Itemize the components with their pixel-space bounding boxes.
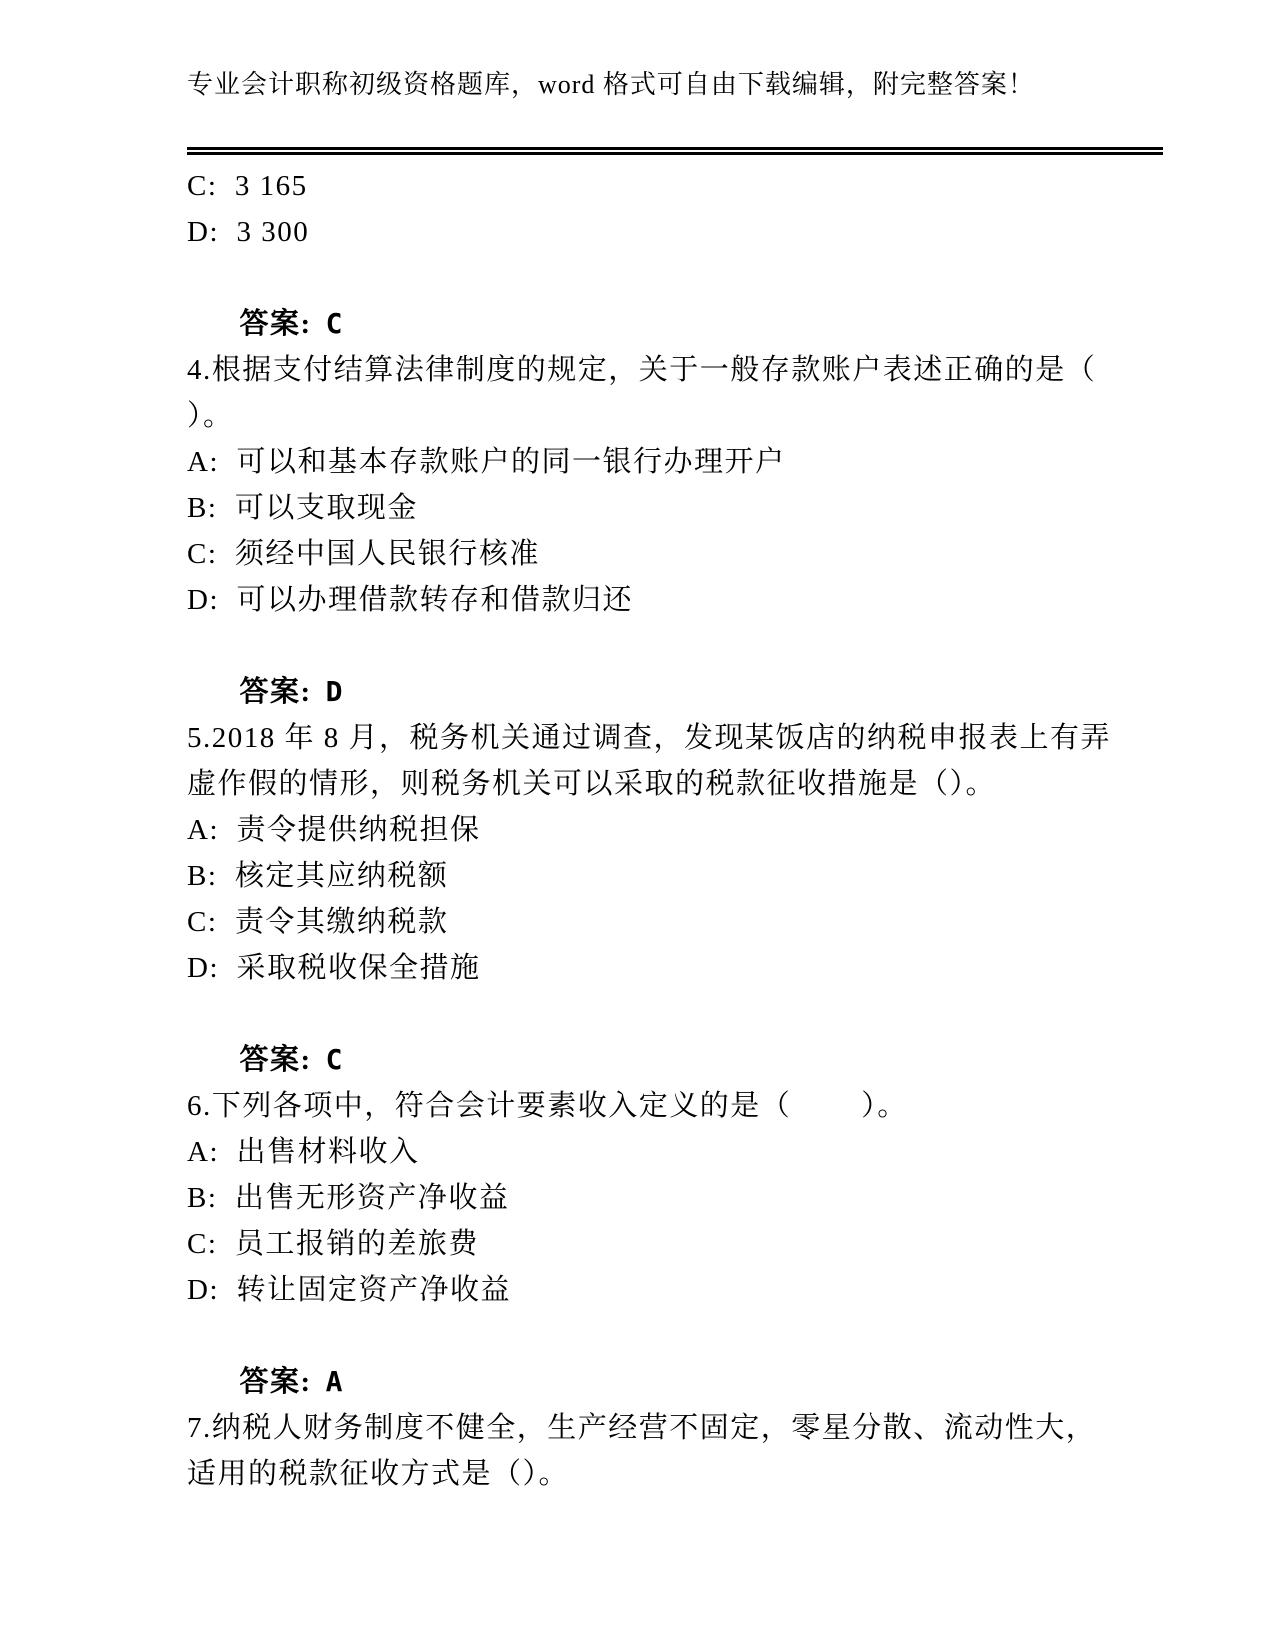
option-line: B: 可以支取现金 [187, 485, 1187, 531]
answer-value: D [326, 675, 344, 708]
answer-line: 答案:C [187, 991, 1187, 1037]
option-line: D: 3 300 [187, 209, 1187, 255]
answer-line: 答案:C [187, 255, 1187, 301]
page-header-title: 专业会计职称初级资格题库，word 格式可自由下载编辑，附完整答案！ [187, 66, 1177, 104]
option-line: C: 责令其缴纳税款 [187, 899, 1187, 945]
option-line: B: 出售无形资产净收益 [187, 1175, 1187, 1221]
question-lines: 5.2018 年 8 月，税务机关通过调查，发现某饭店的纳税申报表上有弄虚作假的… [187, 715, 1187, 991]
option-line: C: 须经中国人民银行核准 [187, 531, 1187, 577]
question-text-line: 虚作假的情形，则税务机关可以采取的税款征收措施是（）。 [187, 761, 1187, 807]
question-text-line: 5.2018 年 8 月，税务机关通过调查，发现某饭店的纳税申报表上有弄 [187, 715, 1187, 761]
question-6: 6.下列各项中，符合会计要素收入定义的是（ ）。A: 出售材料收入B: 出售无形… [187, 1083, 1187, 1359]
option-line: C: 3 165 [187, 163, 1187, 209]
question-lines: 4.根据支付结算法律制度的规定，关于一般存款账户表述正确的是（）。A: 可以和基… [187, 347, 1187, 623]
question-text-line: 4.根据支付结算法律制度的规定，关于一般存款账户表述正确的是（ [187, 347, 1187, 393]
option-line: D: 可以办理借款转存和借款归还 [187, 577, 1187, 623]
question-4: 4.根据支付结算法律制度的规定，关于一般存款账户表述正确的是（）。A: 可以和基… [187, 347, 1187, 669]
option-line: D: 转让固定资产净收益 [187, 1267, 1187, 1313]
question-lines: C: 3 165D: 3 300 [187, 163, 1187, 255]
option-line: A: 可以和基本存款账户的同一银行办理开户 [187, 439, 1187, 485]
option-line: B: 核定其应纳税额 [187, 853, 1187, 899]
question-text-line: ）。 [187, 393, 1187, 439]
answer-line: 答案:A [187, 1313, 1187, 1359]
option-line: C: 员工报销的差旅费 [187, 1221, 1187, 1267]
option-line: A: 责令提供纳税担保 [187, 807, 1187, 853]
option-line: D: 采取税收保全措施 [187, 945, 1187, 991]
answer-label: 答案: [240, 1366, 312, 1398]
option-line: A: 出售材料收入 [187, 1129, 1187, 1175]
answer-label: 答案: [240, 308, 312, 340]
question-lines: 6.下列各项中，符合会计要素收入定义的是（ ）。A: 出售材料收入B: 出售无形… [187, 1083, 1187, 1313]
question-lines: 7.纳税人财务制度不健全，生产经营不固定，零星分散、流动性大，适用的税款征收方式… [187, 1405, 1187, 1497]
document-page: 专业会计职称初级资格题库，word 格式可自由下载编辑，附完整答案！ C: 3 … [0, 0, 1275, 1650]
answer-value: C [326, 307, 344, 340]
answer-label: 答案: [240, 676, 312, 708]
question-7: 7.纳税人财务制度不健全，生产经营不固定，零星分散、流动性大，适用的税款征收方式… [187, 1405, 1187, 1497]
answer-label: 答案: [240, 1044, 312, 1076]
question-text-line: 适用的税款征收方式是（）。 [187, 1451, 1187, 1497]
answer-line: 答案:D [187, 623, 1187, 669]
document-body: C: 3 165D: 3 300 答案:C 4.根据支付结算法律制度的规定，关于… [187, 163, 1187, 1497]
question-5: 5.2018 年 8 月，税务机关通过调查，发现某饭店的纳税申报表上有弄虚作假的… [187, 715, 1187, 1037]
question-3-options-tail: C: 3 165D: 3 300 答案:C [187, 163, 1187, 301]
question-text-line: 7.纳税人财务制度不健全，生产经营不固定，零星分散、流动性大， [187, 1405, 1187, 1451]
question-text-line: 6.下列各项中，符合会计要素收入定义的是（ ）。 [187, 1083, 1187, 1129]
answer-value: A [326, 1365, 344, 1398]
header-divider [187, 147, 1163, 155]
answer-value: C [326, 1043, 344, 1076]
